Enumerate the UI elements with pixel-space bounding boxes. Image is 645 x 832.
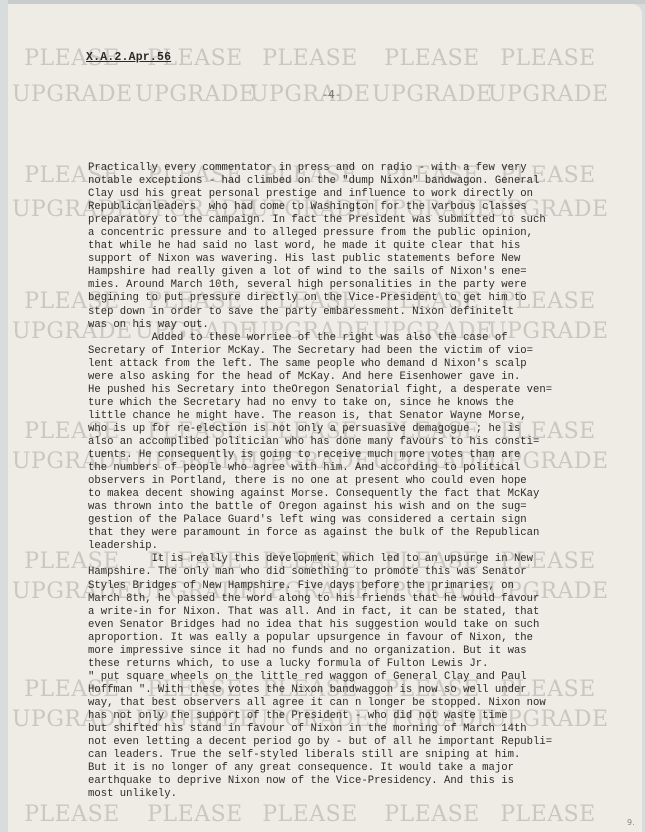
text-line: mies. Around March 10th, several high pe…: [88, 279, 645, 292]
text-line: also an accomplibed politician who has d…: [88, 436, 645, 449]
text-line: who is up for re-election is not only a …: [88, 423, 645, 436]
text-line: Hoffman ". With these votes the Nixon ba…: [88, 684, 645, 697]
document-content: X.A.2.Apr.56 -4- Practically every comme…: [0, 0, 645, 832]
text-line: preparatory to the campaign. In fact the…: [88, 214, 645, 227]
text-line: Secretary of Interior McKay. The Secreta…: [88, 345, 645, 358]
text-line: that they were paramount in force as aga…: [88, 527, 645, 540]
reference-code: X.A.2.Apr.56: [86, 51, 171, 64]
text-line: little chance he might have. The reason …: [88, 410, 645, 423]
text-line: was on his way out.: [88, 319, 645, 332]
text-line: observers in Portland, there is no one a…: [88, 475, 645, 488]
text-line: has not only the support of the Presiden…: [88, 710, 645, 723]
text-line: March 8th, he passed the word along to h…: [88, 593, 645, 606]
text-line: earthquake to deprive Nixon now of the V…: [88, 775, 645, 788]
text-line: that while he had said no last word, he …: [88, 240, 645, 253]
text-line: Practically every commentator in press a…: [88, 162, 645, 175]
text-line: a concentric pressure and to alleged pre…: [88, 227, 645, 240]
text-line: It is really this development which led …: [88, 553, 645, 566]
text-line: Hampshire had really given a lot of wind…: [88, 266, 645, 279]
text-line: the numbers of people who agree with him…: [88, 462, 645, 475]
text-line: to makea decent showing against Morse. C…: [88, 488, 645, 501]
text-line: Republicanleaders who had come to Washin…: [88, 201, 645, 214]
text-line: He pushed his Secretary into theOregon S…: [88, 384, 645, 397]
text-line: leadership.: [88, 540, 645, 553]
text-line: begining to put pressure directly on the…: [88, 292, 645, 305]
corner-page-mark: 9.: [627, 818, 635, 827]
text-line: " put square wheels on the little red wa…: [88, 671, 645, 684]
text-line: Clay usd his great personal prestige and…: [88, 188, 645, 201]
text-line: but shifted his stand in favour of Nixon…: [88, 723, 645, 736]
text-line: Added to these worriee of the right was …: [88, 332, 645, 345]
text-line: way, that best observers all agree it ca…: [88, 697, 645, 710]
text-line: these returns which, to use a lucky form…: [88, 658, 645, 671]
text-line: aproportion. It was eally a popular upsu…: [88, 632, 645, 645]
text-line: most unlikely.: [88, 788, 645, 801]
text-line: lent attack from the left. The same peop…: [88, 358, 645, 371]
text-line: tuents. He consequently is going to rece…: [88, 449, 645, 462]
text-line: a write-in for Nixon. That was all. And …: [88, 606, 645, 619]
text-line: even Senator Bridges had no idea that hi…: [88, 619, 645, 632]
text-line: was thrown into the battle of Oregon aga…: [88, 501, 645, 514]
text-line: can leaders. True the self-styled libera…: [88, 749, 645, 762]
text-line: gestion of the Palace Guard's left wing …: [88, 514, 645, 527]
text-line: notable exceptions - had climbed on the …: [88, 175, 645, 188]
text-line: ture which the Secretary had no envy to …: [88, 397, 645, 410]
text-line: more impressive since it had no funds an…: [88, 645, 645, 658]
text-line: not even letting a decent period go by -…: [88, 736, 645, 749]
text-line: Hampshire. The only man who did somethin…: [88, 566, 645, 579]
text-line: Styles Bridges of New Hampshire. Five da…: [88, 580, 645, 593]
body-text: Practically every commentator in press a…: [88, 162, 645, 801]
text-line: support of Nixon was wavering. His last …: [88, 253, 645, 266]
text-line: But it is no longer of any great consequ…: [88, 762, 645, 775]
handwritten-page-number: -4-: [323, 88, 341, 101]
text-line: step down in order to save the party emb…: [88, 306, 645, 319]
text-line: were also asking for the head of McKay. …: [88, 371, 645, 384]
